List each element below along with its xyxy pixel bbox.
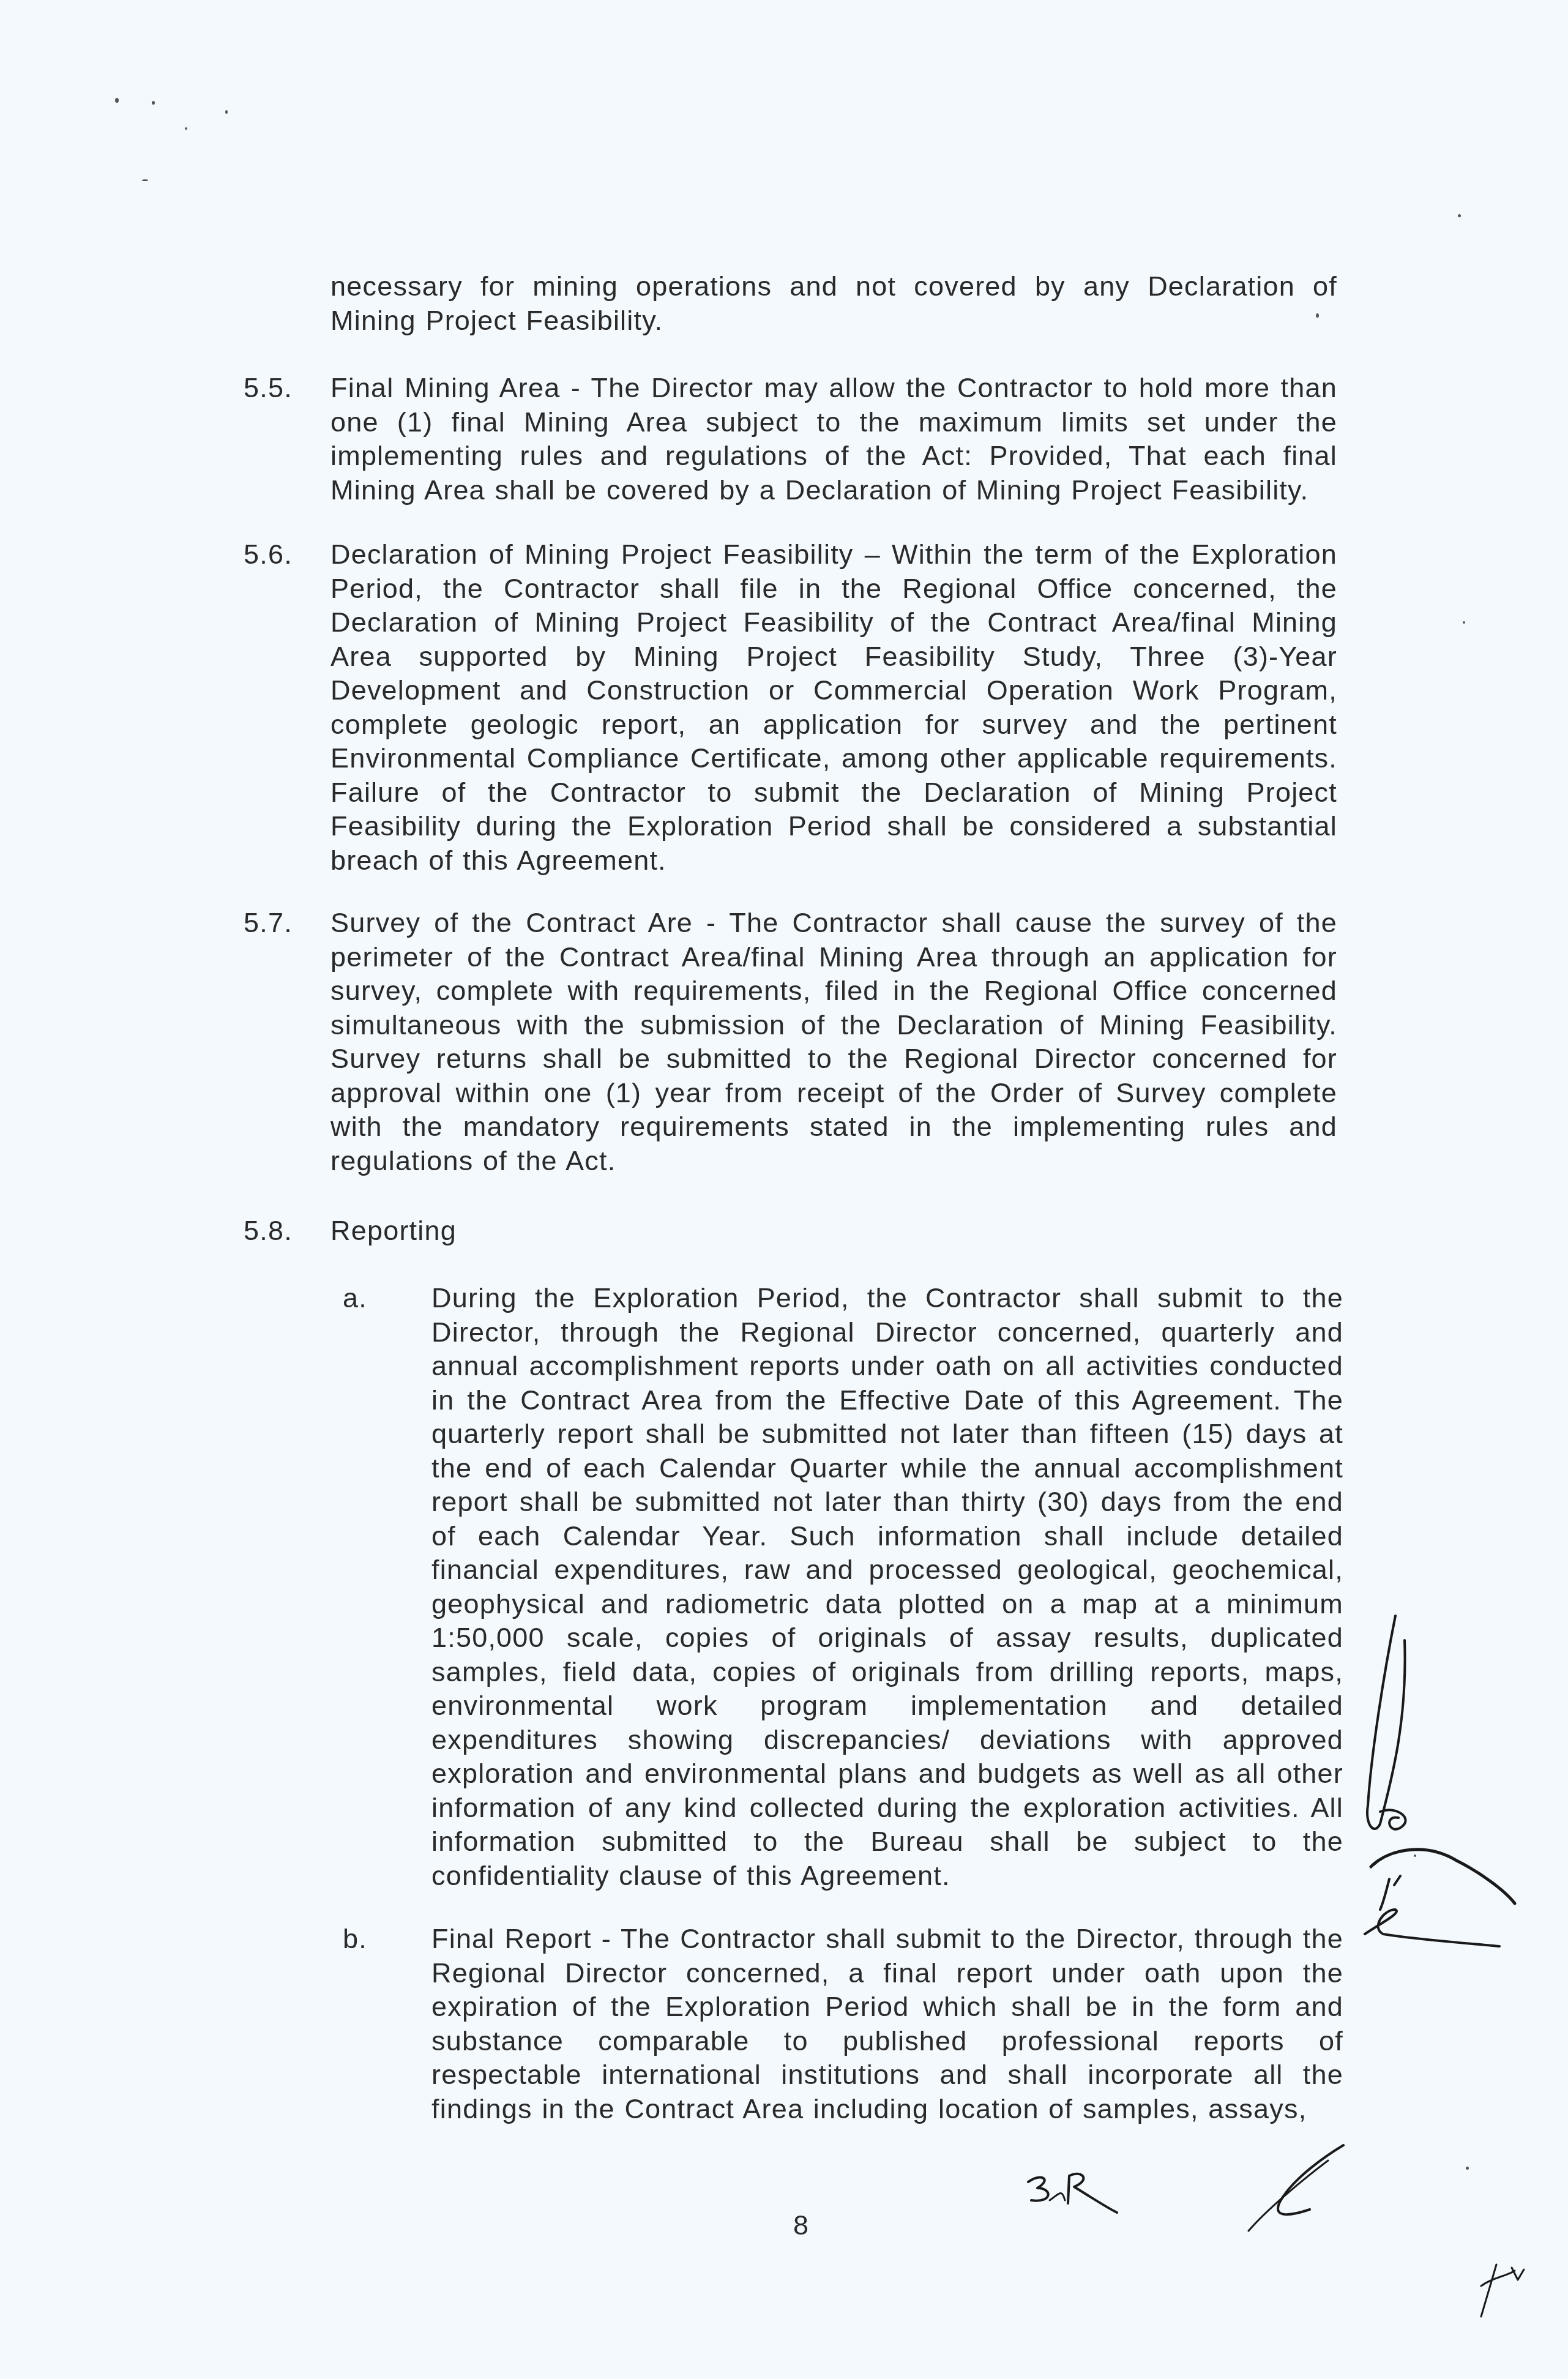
continuation-paragraph: necessary for mining operations and not … [330,269,1337,337]
section-number: 5.6. [244,537,293,572]
scan-speck [185,127,187,130]
scan-speck [1316,313,1319,318]
signature-mark-right-margin [1346,1604,1530,1946]
section-text: Survey of the Contract Are - The Contrac… [330,906,1337,1178]
scan-speck [152,101,155,105]
section-heading: Reporting [330,1214,1337,1248]
document-page: necessary for mining operations and not … [0,0,1568,2379]
section-number: 5.7. [244,906,293,940]
item-text: During the Exploration Period, the Contr… [431,1281,1343,1892]
section-number: 5.5. [244,371,293,405]
scan-speck [225,110,228,114]
item-text: Final Report - The Contractor shall subm… [431,1922,1343,2126]
page-number: 8 [793,2209,809,2241]
scan-speck [1414,1854,1416,1857]
scan-speck [1466,2167,1469,2170]
scan-speck [115,98,119,103]
scan-speck [1458,214,1461,217]
scan-speck [142,179,148,181]
initials-3r [1025,2170,1123,2219]
section-text: Final Mining Area - The Director may all… [330,371,1337,507]
section-text: Declaration of Mining Project Feasibilit… [330,537,1337,877]
section-number: 5.8. [244,1214,293,1248]
item-label: b. [343,1922,367,1956]
margin-initial-bottom [1478,2252,1527,2320]
item-label: a. [343,1281,367,1315]
signature-initial-right [1236,2142,1346,2234]
scan-speck [1463,621,1465,624]
